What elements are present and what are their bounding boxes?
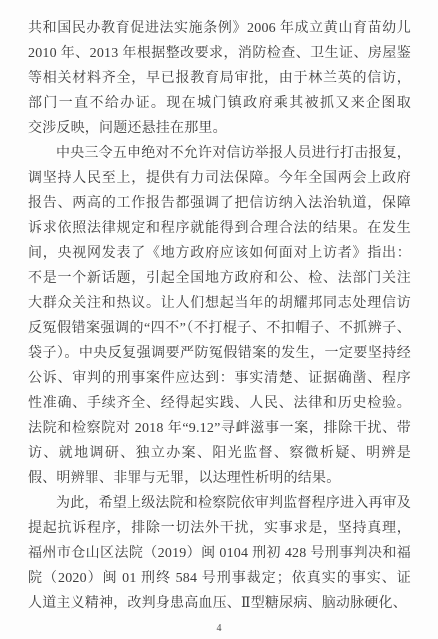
text-line: 2010 年、2013 年根据整改要求，消防检查、卫生证、房屋鉴定 <box>28 41 411 66</box>
text-line: 袋子）。中央反复强调要严防冤假错案的发生，一定要坚持经侦查、 <box>28 341 411 366</box>
text-line: 等相关材料齐全，早已报教育局审批，由于林兰英的信访，职能 <box>28 66 411 91</box>
paragraph-3: 为此，希望上级法院和检察院依审判监督程序进入再审及或依法 提起抗诉程序，排除一切… <box>28 491 411 616</box>
text-line: 公诉、审判的刑事案件应达到：事实清楚、证据确凿、程序合法、定 <box>28 366 411 391</box>
document-body: 共和国民办教育促进法实施条例》2006 年成立黄山育苗幼儿园， 2010 年、2… <box>28 16 411 616</box>
page-number: 4 <box>0 623 438 634</box>
text-line: 共和国民办教育促进法实施条例》2006 年成立黄山育苗幼儿园， <box>28 16 411 41</box>
text-line: 交涉反映，问题还悬挂在那里。 <box>28 116 411 141</box>
text-line: 人道主义精神，改判身患高血压、Ⅱ型糖尿病、脑动脉硬化、脑 <box>28 591 411 616</box>
text-line: 报告、两高的工作报告都强调了把信访纳入法治轨道，保障合理合法 <box>28 191 411 216</box>
text-line: 部门一直不给办证。现在城门镇政府乘其被抓又来企图取缔，经 <box>28 91 411 116</box>
text-line: 假、明辨罪、非罪与无罪，以达理性析明的结果。 <box>28 466 411 491</box>
text-line: 间，央视网发表了《地方政府应该如何面对上访者》指出：暴力截访 <box>28 241 411 266</box>
text-line: 大群众关注和热议。让人们想起当年的胡耀邦同志处理信访大潮、平 <box>28 291 411 316</box>
text-line: 福州市仓山区法院（2019）闽 0104 刑初 428 号刑事判决和福州市中 <box>28 541 411 566</box>
text-line: 反冤假错案强调的“四不”（不打棍子、不扣帽子、不抓辨子、不装 <box>28 316 411 341</box>
text-line: 院（2020）闽 01 刑终 584 号刑事裁定；依真实的事实、证据，发扬 <box>28 566 411 591</box>
text-line: 中央三令五申绝对不允许对信访举报人员进行打击报复，强 <box>28 141 411 166</box>
text-line: 提起抗诉程序，排除一切法外干扰，实事求是，坚持真理，依法撤销 <box>28 516 411 541</box>
document-page: 共和国民办教育促进法实施条例》2006 年成立黄山育苗幼儿园， 2010 年、2… <box>0 0 438 639</box>
text-line: 诉求依照法律规定和程序就能得到合理合法的结果。在发生本案期 <box>28 216 411 241</box>
text-line: 调坚持人民至上，提供有力司法保障。今年全国两会上政府工作 <box>28 166 411 191</box>
text-line: 访、就地调研、独立办案、阳光监督、察微析疑、明辨是非、明辨真 <box>28 441 411 466</box>
paragraph-1: 共和国民办教育促进法实施条例》2006 年成立黄山育苗幼儿园， 2010 年、2… <box>28 16 411 141</box>
text-line: 法院和检察院对 2018 年“9.12”寻衅滋事一案，排除干扰、带案下 <box>28 416 411 441</box>
text-line: 为此，希望上级法院和检察院依审判监督程序进入再审及或依法 <box>28 491 411 516</box>
paragraph-2: 中央三令五申绝对不允许对信访举报人员进行打击报复，强 调坚持人民至上，提供有力司… <box>28 141 411 491</box>
text-line: 性准确、手续齐全、经得起实践、人民、法律和历史检验。希望上级 <box>28 391 411 416</box>
text-line: 不是一个新话题，引起全国地方政府和公、检、法部门关注学习，广 <box>28 266 411 291</box>
